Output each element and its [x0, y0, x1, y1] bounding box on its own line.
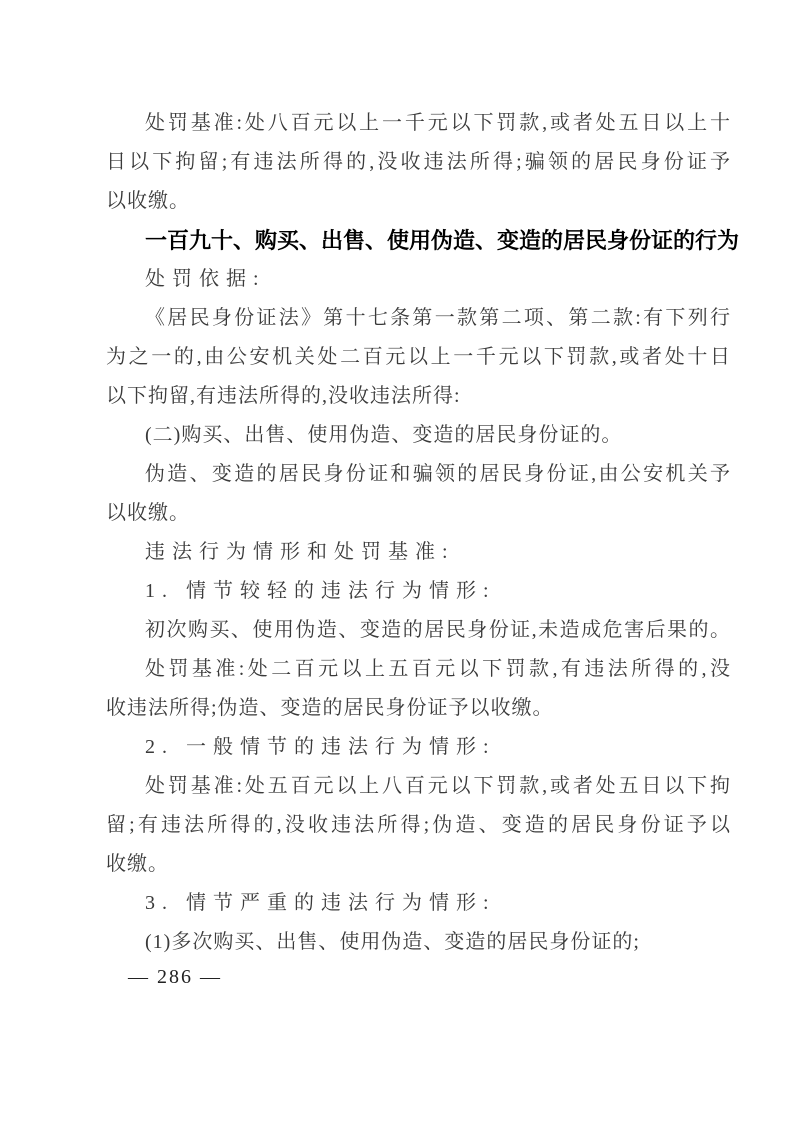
text-line: 收缴。 [106, 845, 730, 884]
text-line: 《居民身份证法》第十七条第一款第二项、第二款:有下列行 [106, 299, 730, 338]
text-line: 处罚基准:处五百元以上八百元以下罚款,或者处五日以下拘 [106, 767, 730, 806]
text-line: 3. 情节严重的违法行为情形: [106, 884, 730, 923]
text-line: 以收缴。 [106, 494, 730, 533]
text-line: 日以下拘留;有违法所得的,没收违法所得;骗领的居民身份证予 [106, 143, 730, 182]
text-line: 初次购买、使用伪造、变造的居民身份证,未造成危害后果的。 [106, 611, 730, 650]
text-line: 伪造、变造的居民身份证和骗领的居民身份证,由公安机关予 [106, 455, 730, 494]
text-line: 以下拘留,有违法所得的,没收违法所得: [106, 377, 730, 416]
text-line: 留;有违法所得的,没收违法所得;伪造、变造的居民身份证予以 [106, 806, 730, 845]
text-line: 为之一的,由公安机关处二百元以上一千元以下罚款,或者处十日 [106, 338, 730, 377]
text-line: 以收缴。 [106, 182, 730, 221]
text-line: (1)多次购买、出售、使用伪造、变造的居民身份证的; [106, 923, 730, 962]
section-heading: 一百九十、购买、出售、使用伪造、变造的居民身份证的行为 [106, 221, 730, 260]
text-line: 违法行为情形和处罚基准: [106, 533, 730, 572]
document-text-block: 处罚基准:处八百元以上一千元以下罚款,或者处五日以上十日以下拘留;有违法所得的,… [106, 104, 730, 962]
text-line: 1. 情节较轻的违法行为情形: [106, 572, 730, 611]
page-footer: — 286 — [128, 966, 222, 996]
text-line: 收违法所得;伪造、变造的居民身份证予以收缴。 [106, 689, 730, 728]
text-line: 处罚基准:处八百元以上一千元以下罚款,或者处五日以上十 [106, 104, 730, 143]
text-line: (二)购买、出售、使用伪造、变造的居民身份证的。 [106, 416, 730, 455]
text-line: 2. 一般情节的违法行为情形: [106, 728, 730, 767]
text-line: 处罚基准:处二百元以上五百元以下罚款,有违法所得的,没 [106, 650, 730, 689]
text-line: 处罚依据: [106, 260, 730, 299]
document-page: 处罚基准:处八百元以上一千元以下罚款,或者处五日以上十日以下拘留;有违法所得的,… [0, 0, 793, 1122]
page-number: — 286 — [128, 966, 222, 988]
